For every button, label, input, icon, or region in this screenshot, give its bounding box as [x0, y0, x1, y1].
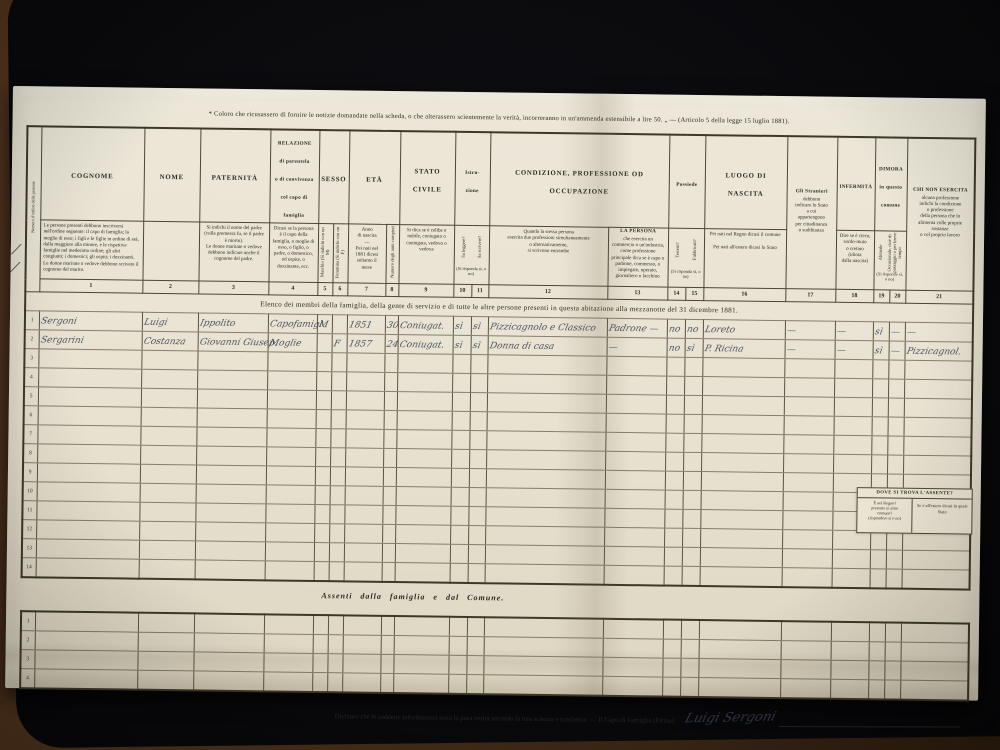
- cell-sa-leggere: [450, 544, 468, 563]
- col-header-luogo-nascita: LUOGO DI NASCITA: [704, 135, 787, 230]
- cell-sa-leggere: [451, 449, 469, 468]
- cell-dimora-abituale: [868, 680, 884, 700]
- label-sa-scrivere: Sa scrivere?: [477, 227, 483, 267]
- cell-luogo-nascita: [701, 472, 783, 492]
- col-header-chi-non-esercita: CHI NON ESERCITA alcuna professione indi…: [905, 138, 975, 291]
- cell-sesso-f: [332, 315, 347, 334]
- cell-chi-non-esercita: [901, 623, 969, 643]
- cell-chi-non-esercita: Pizzicagnol.: [905, 341, 973, 361]
- cell-relazione: Capofamigl.: [268, 314, 317, 334]
- cell-paternita: [196, 446, 266, 466]
- col-header-dimora: DIMORA in questo comune: [874, 137, 907, 231]
- row-number: 12: [22, 520, 36, 539]
- cell-nome: [139, 559, 195, 579]
- cell-sesso-f: [329, 505, 344, 524]
- cell-sesso-m: [314, 542, 329, 561]
- cell-stato-civile: [396, 449, 451, 469]
- cell-possiede-terreni: [664, 547, 682, 566]
- cell-dimora-abituale: sì: [873, 322, 889, 341]
- label-sa-leggere: Sa leggere?: [461, 227, 467, 267]
- cell-relazione: Moglie: [268, 333, 317, 353]
- cell-nome: [140, 483, 196, 503]
- cell-sa-scrivere: [469, 431, 486, 450]
- label-fabbricati: Fabbricati?: [691, 230, 697, 270]
- cell-sa-leggere: [452, 373, 470, 392]
- cell-sa-leggere: [449, 617, 467, 637]
- col-header-eta: ETÀ: [348, 130, 400, 224]
- cell-sesso-f: [328, 635, 343, 654]
- cell-possiede-fabbricati: [682, 528, 700, 547]
- cell-possiede-fabbricati: [684, 414, 702, 433]
- cell-possiede-fabbricati: [682, 509, 700, 528]
- cell-dimora-occasionale: [884, 680, 900, 700]
- cell-sa-scrivere: [470, 412, 487, 431]
- cell-stato-estero: [784, 378, 834, 398]
- cell-sesso-m: [314, 523, 329, 542]
- row-number: 2: [21, 631, 35, 650]
- cell-anno-nascita: [344, 524, 382, 543]
- cell-sesso-f: [327, 673, 342, 693]
- cell-possiede-terreni: [662, 677, 680, 697]
- cell-professione: [486, 488, 605, 509]
- cell-stato-civile: [395, 525, 450, 545]
- cell-relazione: [266, 428, 315, 448]
- cell-possiede-terreni: no: [667, 338, 685, 357]
- cell-dimora-abituale: [872, 360, 888, 379]
- cell-la-persona: [606, 375, 666, 395]
- col-num-9: 9: [398, 284, 453, 298]
- cell-stato-estero: [782, 530, 832, 550]
- cell-cognome: [36, 520, 139, 540]
- cell-stato-civile: Coniugat.: [398, 335, 453, 355]
- cell-cognome: [36, 501, 139, 521]
- cell-stato-estero: [781, 641, 831, 661]
- absent-location-box: DOVE SI TROVA L'ASSENTE? È nel Regno? pr…: [856, 487, 973, 535]
- cell-sa-scrivere: [470, 393, 487, 412]
- cell-sesso-m: [313, 634, 328, 653]
- cell-dimora-occasionale: [886, 550, 902, 569]
- cell-paternita: [195, 522, 265, 542]
- cell-chi-non-esercita: [904, 379, 972, 399]
- cell-luogo-nascita: [698, 678, 780, 699]
- cell-chi-non-esercita: [904, 360, 972, 380]
- cell-nome: [139, 540, 195, 560]
- cell-infermita: [833, 454, 871, 473]
- row-number: 5: [24, 387, 38, 406]
- cell-possiede-terreni: no: [667, 319, 685, 338]
- cell-sa-scrivere: [468, 544, 485, 563]
- cell-luogo-nascita: [699, 640, 781, 660]
- cell-chi-non-esercita: [903, 455, 971, 475]
- col-desc-sesso-f: Femmina (Si indichi con un F): [332, 224, 348, 283]
- cell-possiede-terreni: [665, 433, 683, 452]
- row-number: 8: [23, 444, 37, 463]
- cell-anni-compiuti: [382, 562, 395, 582]
- cell-paternita: [196, 484, 266, 504]
- cell-anno-nascita: [346, 372, 384, 391]
- col-num-6: 6: [332, 283, 347, 296]
- col-desc-condizione-13: LA PERSONA che esercita un commercio o u…: [607, 227, 668, 287]
- cell-professione: [487, 374, 606, 395]
- cell-stato-estero: [780, 679, 830, 699]
- cell-stato-civile: [397, 373, 452, 393]
- margin-tick-2: ∕: [8, 258, 22, 276]
- cell-stato-estero: [782, 511, 832, 531]
- cell-sesso-m: [314, 561, 329, 581]
- cell-paternita: Ippolito: [198, 313, 268, 333]
- cell-sa-leggere: sì: [453, 335, 471, 354]
- col-header-cognome: COGNOME: [40, 126, 144, 221]
- cell-sa-scrivere: [466, 674, 483, 694]
- cell-relazione: [265, 561, 314, 581]
- cell-chi-non-esercita: —: [905, 322, 973, 342]
- cell-sa-scrivere: [467, 617, 484, 637]
- cell-possiede-terreni: [666, 414, 684, 433]
- row-number: 9: [23, 463, 37, 482]
- cell-infermita: [833, 435, 871, 454]
- cell-paternita: [194, 633, 264, 653]
- cell-anni-compiuti: [383, 486, 396, 505]
- cell-anni-compiuti: [382, 543, 395, 562]
- cell-dimora-abituale: [872, 379, 888, 398]
- cell-professione: [484, 637, 603, 658]
- cell-dimora-occasionale: [888, 398, 904, 417]
- cell-relazione: [265, 542, 314, 562]
- cell-nome: [139, 502, 195, 522]
- cell-professione: [487, 355, 606, 376]
- cell-paternita: [197, 389, 267, 409]
- cell-anni-compiuti: [384, 391, 397, 410]
- census-sheet: * Coloro che ricusassero di fornire le n…: [5, 86, 986, 701]
- cell-anno-nascita: [343, 615, 381, 635]
- cell-possiede-fabbricati: [683, 490, 701, 509]
- cell-stato-estero: —: [785, 340, 835, 360]
- cell-la-persona: [604, 565, 664, 585]
- col-header-sesso: SESSO: [318, 130, 349, 224]
- census-table: Numero d'ordine delle persone COGNOME NO…: [21, 125, 977, 590]
- col-num-15: 15: [685, 287, 703, 300]
- cell-sesso-m: [312, 672, 327, 692]
- cell-possiede-terreni: [663, 620, 681, 640]
- cell-stato-civile: [395, 544, 450, 564]
- cell-sesso-f: [331, 391, 346, 410]
- cell-dimora-occasionale: —: [889, 341, 905, 360]
- cell-dimora-abituale: [871, 455, 887, 474]
- cell-stato-estero: [784, 416, 834, 436]
- cell-anni-compiuti: [384, 353, 397, 372]
- cell-anno-nascita: [345, 448, 383, 467]
- cell-infermita: [832, 549, 870, 568]
- col-desc-sesso-m: Maschio (Si indichi con un M): [317, 224, 333, 283]
- cell-paternita: [196, 465, 266, 485]
- cell-relazione: [267, 371, 316, 391]
- cell-professione: [486, 450, 605, 471]
- cell-cognome: [37, 463, 140, 483]
- cell-luogo-nascita: [700, 510, 782, 530]
- signature-flourish: [779, 721, 960, 727]
- cell-nome: [141, 369, 197, 389]
- cell-possiede-fabbricati: [682, 547, 700, 566]
- cell-relazione: [266, 485, 315, 505]
- margin-tick-1: ∕: [9, 240, 23, 258]
- cell-sesso-m: [316, 390, 331, 409]
- cell-la-persona: [602, 657, 662, 677]
- cell-anno-nascita: [344, 543, 382, 562]
- cell-la-persona: [605, 432, 665, 452]
- cell-relazione: [265, 523, 314, 543]
- cell-dimora-abituale: [870, 550, 886, 569]
- cell-paternita: Giovanni Giusep.: [198, 332, 268, 352]
- cell-infermita: [831, 641, 869, 660]
- col-num-5: 5: [317, 283, 332, 296]
- cell-la-persona: [605, 470, 665, 490]
- cell-sa-leggere: [451, 430, 469, 449]
- cell-stato-civile: [397, 392, 452, 412]
- cell-sesso-m: [316, 409, 331, 428]
- absent-box-regno: È nel Regno? presente in altro comune? (…: [857, 498, 913, 533]
- cell-sesso-f: F: [332, 334, 347, 353]
- cell-paternita: [195, 560, 265, 580]
- cell-relazione: [267, 390, 316, 410]
- cell-possiede-fabbricati: [683, 471, 701, 490]
- cell-cognome: [35, 611, 138, 632]
- row-number: 2: [25, 330, 39, 349]
- cell-sa-scrivere: [469, 488, 486, 507]
- cell-possiede-fabbricati: [680, 677, 698, 697]
- cell-sa-leggere: [448, 674, 466, 694]
- cell-stato-estero: [781, 621, 831, 641]
- cell-anno-nascita: [344, 562, 382, 582]
- cell-stato-civile: [395, 563, 450, 583]
- col-desc-cognome: Le persone presenti debbono inscriversi …: [39, 220, 143, 280]
- col-desc-condizione-12: Quando la stessa persona esercita due pr…: [488, 226, 608, 287]
- row-number: 7: [23, 425, 37, 444]
- cell-cognome: Sergarini: [39, 330, 142, 350]
- cell-paternita: [194, 613, 264, 633]
- cell-possiede-fabbricati: [681, 620, 699, 640]
- cell-dimora-abituale: [872, 398, 888, 417]
- cell-dimora-occasionale: [885, 642, 901, 661]
- cell-nome: [140, 445, 196, 465]
- col-num-4: 4: [268, 282, 317, 296]
- cell-relazione: [264, 634, 313, 654]
- cell-relazione: [266, 447, 315, 467]
- cell-cognome: [36, 539, 139, 559]
- cell-possiede-terreni: [663, 639, 681, 658]
- cell-dimora-abituale: [869, 642, 885, 661]
- col-num-2: 2: [142, 280, 198, 294]
- cell-stato-civile: [397, 411, 452, 431]
- cell-infermita: [834, 359, 872, 378]
- cell-paternita: [193, 652, 263, 672]
- cell-relazione: [265, 504, 314, 524]
- cell-paternita: [195, 541, 265, 561]
- cell-sesso-m: [316, 371, 331, 390]
- row-number: 1: [25, 311, 39, 330]
- col-num-18: 18: [835, 289, 873, 302]
- cell-sa-leggere: [449, 636, 467, 655]
- cell-professione: [485, 545, 604, 566]
- cell-professione: [485, 507, 604, 528]
- cell-anni-compiuti: [382, 505, 395, 524]
- cell-paternita: [193, 671, 263, 691]
- cell-anno-nascita: 1851: [347, 315, 385, 334]
- row-number: 4: [24, 368, 38, 387]
- cell-stato-civile: [396, 468, 451, 488]
- cell-relazione: [263, 653, 312, 673]
- cell-anno-nascita: [346, 410, 384, 429]
- cell-la-persona: [605, 489, 665, 509]
- cell-stato-civile: [396, 430, 451, 450]
- cell-possiede-terreni: [666, 376, 684, 395]
- cell-infermita: [830, 679, 868, 699]
- col-num-20: 20: [889, 290, 905, 303]
- col-num-3: 3: [198, 281, 268, 295]
- cell-anno-nascita: [345, 429, 383, 448]
- col-desc-nome: [142, 221, 199, 281]
- col-num-16: 16: [703, 288, 785, 302]
- row-number: 13: [22, 539, 36, 558]
- cell-anni-compiuti: [383, 429, 396, 448]
- cell-possiede-fabbricati: no: [685, 319, 703, 338]
- cell-paternita: [197, 370, 267, 390]
- cell-stato-estero: [782, 568, 832, 588]
- assenti-title: Assenti dalla famiglia e dal Comune.: [6, 587, 819, 607]
- cell-chi-non-esercita: [900, 661, 968, 681]
- cell-cognome: [38, 349, 141, 369]
- col-desc-eta-anni: Numero degli anni compiuti: [385, 224, 399, 283]
- row-number: 3: [24, 349, 38, 368]
- cell-stato-civile: [395, 506, 450, 526]
- col-num-8: 8: [385, 283, 398, 296]
- label-occasionale: Occasionale, cioè di passaggio o per bre…: [887, 232, 903, 272]
- cell-nome: [141, 407, 197, 427]
- cell-infermita: [831, 622, 869, 642]
- cell-luogo-nascita: [698, 659, 780, 679]
- cell-possiede-fabbricati: sì: [685, 338, 703, 357]
- cell-luogo-nascita: [700, 548, 782, 568]
- cell-la-persona: [603, 619, 663, 639]
- cell-cognome: [34, 669, 137, 690]
- cell-stato-estero: [782, 549, 832, 569]
- cell-dimora-abituale: [871, 436, 887, 455]
- cell-stato-estero: [783, 435, 833, 455]
- cell-sa-scrivere: [470, 374, 487, 393]
- cell-cognome: [38, 387, 141, 407]
- cell-stato-estero: —: [785, 321, 835, 341]
- cell-possiede-fabbricati: [683, 433, 701, 452]
- cell-chi-non-esercita: [904, 417, 972, 437]
- col-num-19: 19: [873, 290, 889, 303]
- cell-la-persona: [606, 356, 666, 376]
- cell-anno-nascita: [346, 391, 384, 410]
- cell-stato-civile: [396, 487, 451, 507]
- cell-possiede-fabbricati: [681, 639, 699, 658]
- cell-anno-nascita: [345, 486, 383, 505]
- col-num-11: 11: [471, 285, 488, 298]
- cell-cognome: Sergoni: [39, 311, 142, 331]
- col-header-possiede: Possiede: [668, 135, 705, 229]
- cell-stato-civile: [393, 674, 448, 694]
- cell-stato-estero: [783, 492, 833, 512]
- cell-la-persona: [604, 546, 664, 566]
- cell-nome: [139, 521, 195, 541]
- cell-relazione: [263, 672, 312, 692]
- cell-possiede-fabbricati: [684, 376, 702, 395]
- col-num-21: 21: [905, 290, 973, 304]
- cell-sa-leggere: [452, 411, 470, 430]
- cell-sesso-m: [315, 466, 330, 485]
- cell-possiede-terreni: [665, 452, 683, 471]
- col-desc-paternita: Si indichi il nome del padre (colla prem…: [198, 222, 269, 282]
- cell-sa-leggere: [450, 563, 468, 583]
- col-desc-istruzione: Sa leggere? Sa scrivere? (Si risponda sì…: [453, 225, 489, 284]
- cell-professione: Pizzicagnolo e Classico: [488, 317, 607, 338]
- cell-dimora-occasionale: [885, 622, 901, 642]
- col-desc-stato-civile: Si dica se è celibe o nubile, coniugato …: [398, 225, 454, 285]
- cell-stato-estero: [783, 473, 833, 493]
- cell-nome: [138, 632, 194, 652]
- cell-la-persona: [605, 451, 665, 471]
- cell-sa-leggere: [448, 655, 466, 674]
- cell-luogo-nascita: [700, 529, 782, 549]
- cell-la-persona: —: [607, 337, 667, 357]
- col-num-1: 1: [39, 279, 142, 293]
- absent-box-estero: Se è all'estero dicasi in quale Stato: [913, 499, 972, 534]
- cell-sesso-f: [329, 562, 344, 582]
- cell-sa-leggere: [451, 487, 469, 506]
- cell-luogo-nascita: [701, 434, 783, 454]
- cell-sa-scrivere: [469, 450, 486, 469]
- cell-sesso-f: [328, 615, 343, 635]
- cell-possiede-terreni: [665, 490, 683, 509]
- cell-stato-civile: [393, 655, 448, 675]
- cell-sesso-f: [330, 486, 345, 505]
- cell-la-persona: Padrone —: [607, 318, 667, 338]
- col-desc-possiede: Terreni? Fabbricati? (Si risponda sì, o …: [667, 228, 704, 287]
- cell-sesso-m: [317, 333, 332, 352]
- cell-nome: [141, 388, 197, 408]
- cell-la-persona: [604, 527, 664, 547]
- cell-stato-civile: Coniugat.: [398, 316, 453, 336]
- cell-chi-non-esercita: [900, 680, 968, 700]
- cell-anni-compiuti: [383, 448, 396, 467]
- col-desc-luogo-nascita: Pei nati nel Regno dicasi il comune Pei …: [703, 229, 786, 289]
- cell-cognome: [36, 558, 139, 579]
- col-num-13: 13: [607, 286, 667, 300]
- cell-chi-non-esercita: [902, 550, 970, 570]
- cell-luogo-nascita: Loreto: [703, 320, 785, 340]
- col-num-10: 10: [453, 284, 471, 297]
- cell-cognome: [35, 631, 138, 651]
- cell-stato-civile: [397, 354, 452, 374]
- cell-stato-estero: [783, 454, 833, 474]
- cell-stato-civile: [394, 636, 449, 656]
- cell-sa-scrivere: [468, 506, 485, 525]
- cell-la-persona: [602, 676, 662, 696]
- row-number: 3: [20, 650, 34, 669]
- cell-infermita: [830, 660, 868, 679]
- cell-anni-compiuti: [381, 616, 394, 636]
- cell-anni-compiuti: [382, 524, 395, 543]
- cell-sesso-m: [315, 447, 330, 466]
- cell-sesso-f: [330, 429, 345, 448]
- cell-luogo-nascita: [699, 620, 781, 641]
- cell-sesso-m: [314, 504, 329, 523]
- col-num-7: 7: [347, 283, 385, 296]
- cell-professione: [486, 431, 605, 452]
- cell-sa-leggere: sì: [453, 316, 471, 335]
